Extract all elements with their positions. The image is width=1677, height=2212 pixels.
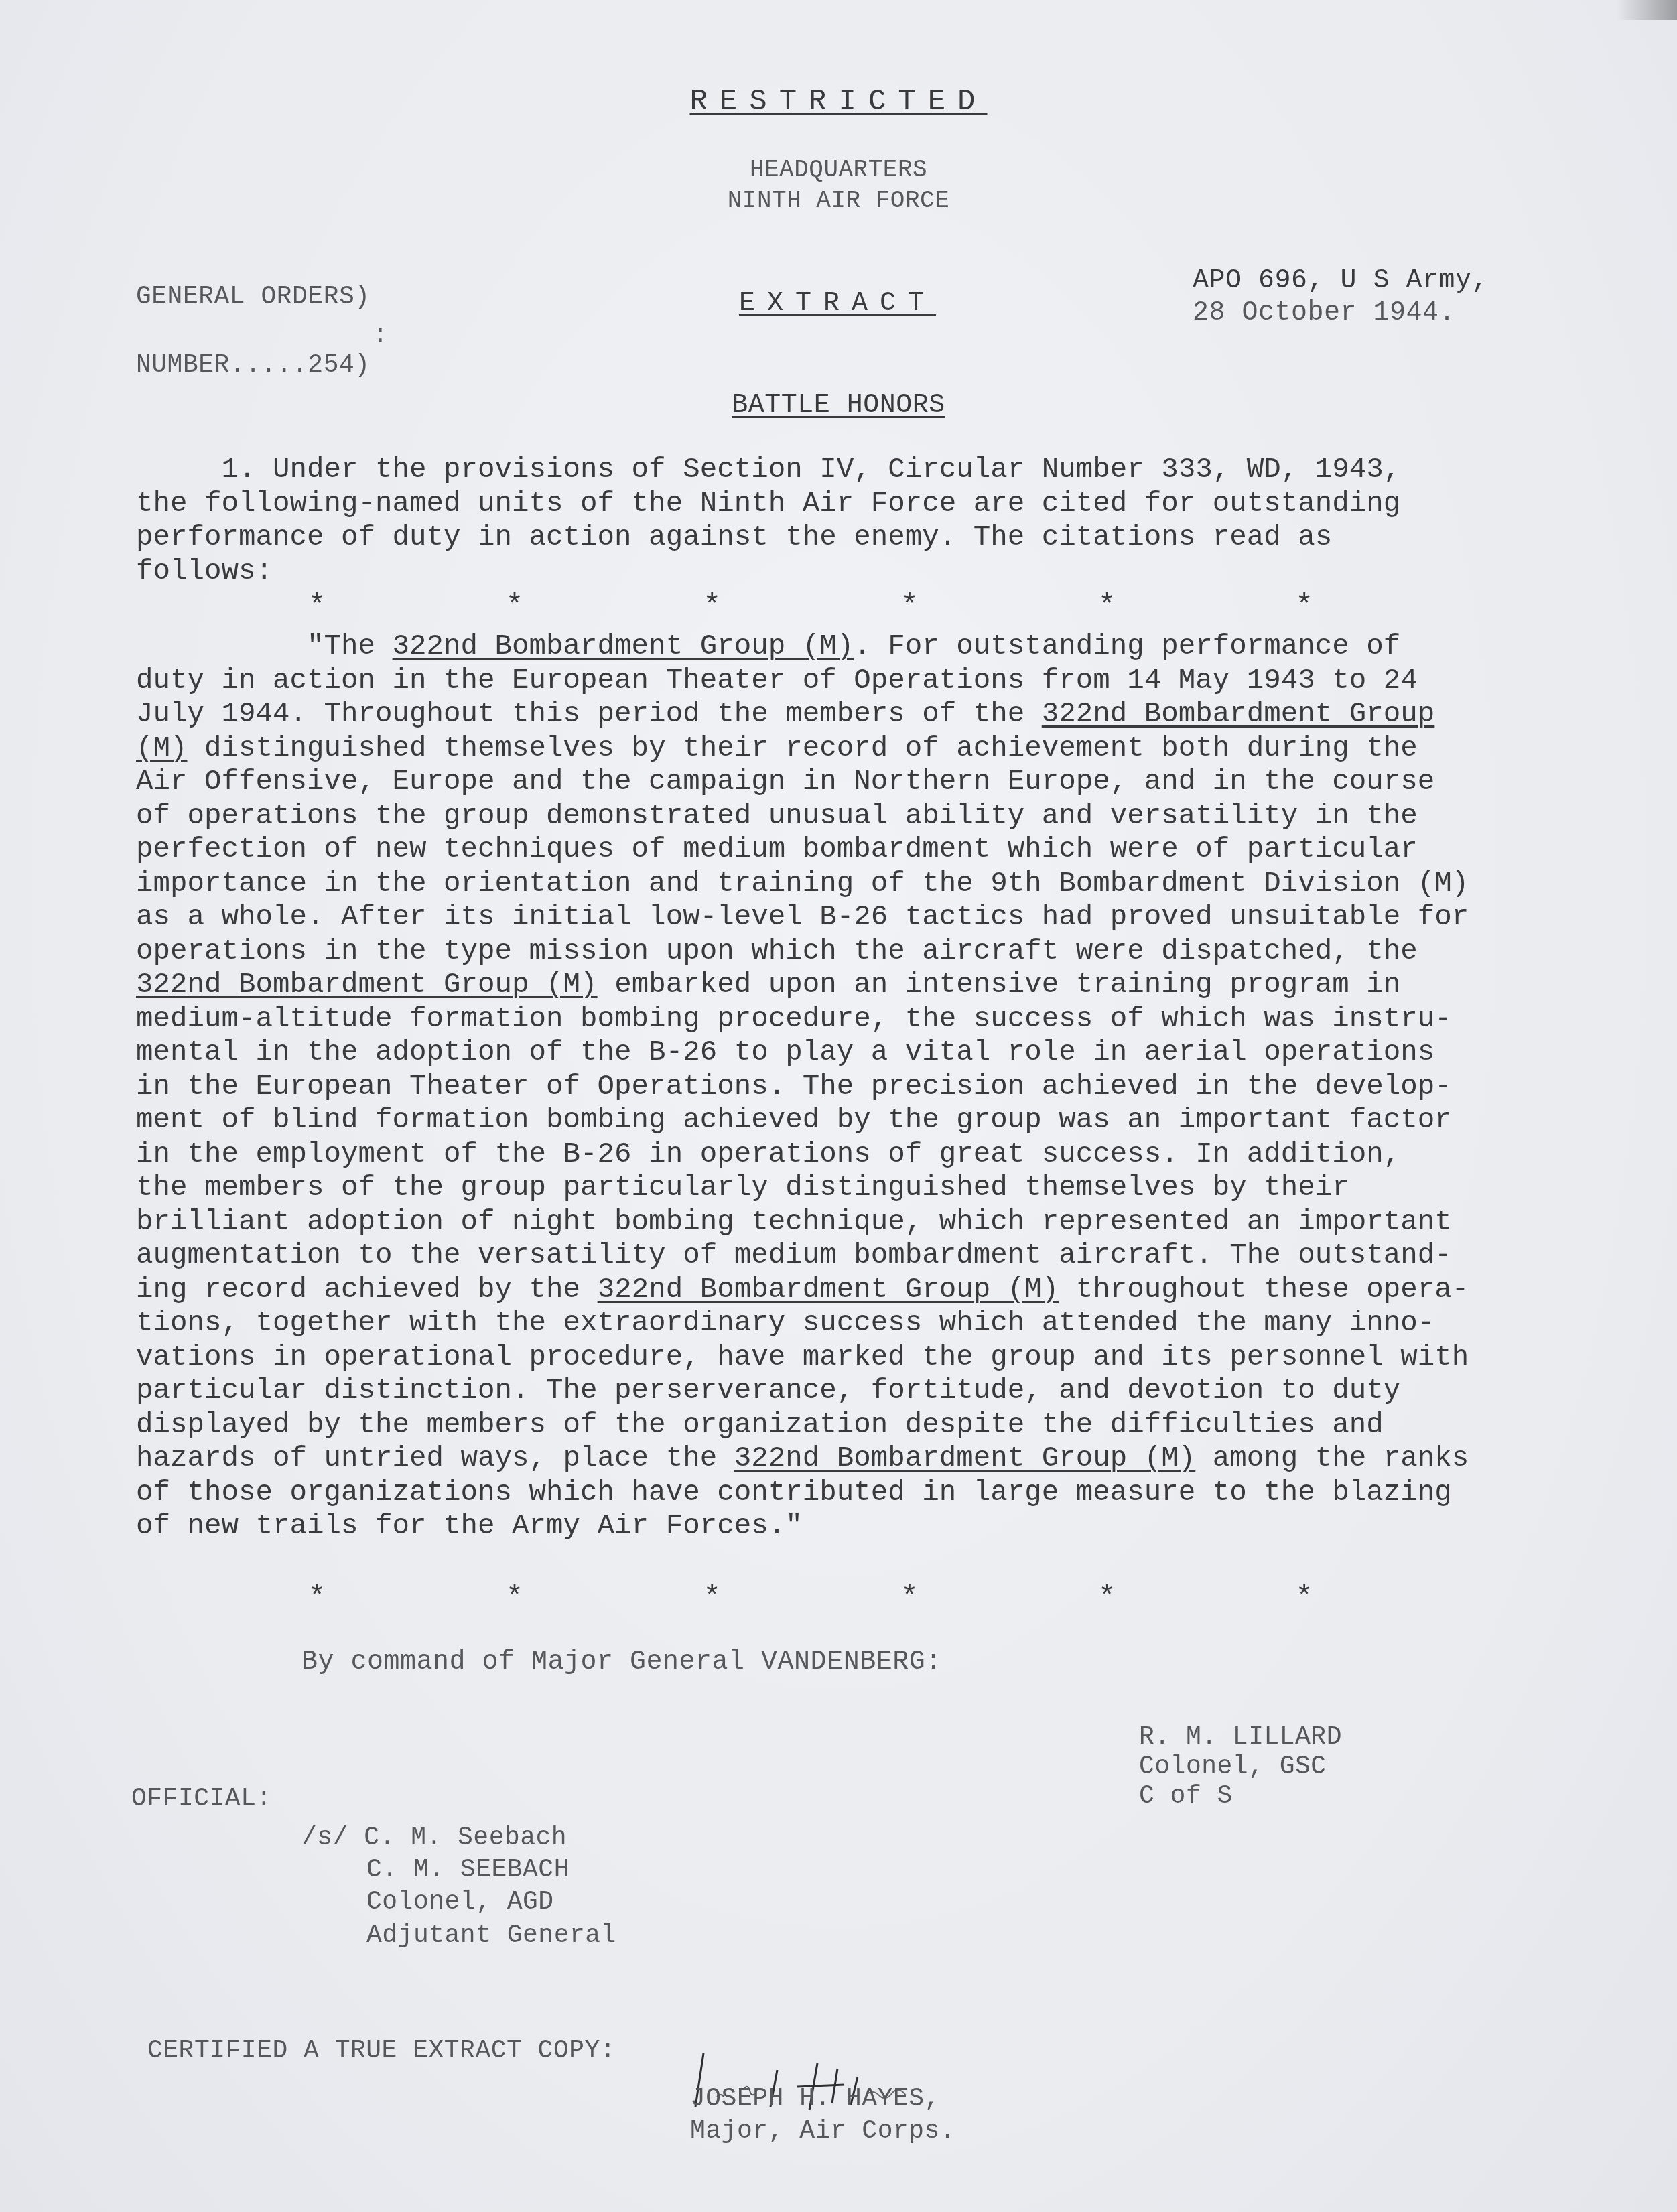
date-line: 28 October 1944. — [1193, 297, 1455, 330]
unit-name-underlined: 322nd Bombardment Group (M) — [598, 1273, 1059, 1306]
citation-line: tions, together with the extraordinary s… — [136, 1306, 1469, 1340]
order-number: NUMBER.....254) — [136, 350, 371, 382]
extract-title: EXTRACT — [670, 288, 1005, 320]
official-signed: /s/ C. M. Seebach — [301, 1822, 567, 1854]
paragraph-line: the following-named units of the Ninth A… — [136, 487, 1469, 521]
classification-marking: RESTRICTED — [0, 86, 1677, 118]
citation-line: medium-altitude formation bombing proced… — [136, 1002, 1469, 1036]
star-mark: * — [1098, 590, 1116, 623]
citation-line: (M) distinguished themselves by their re… — [136, 732, 1469, 766]
citation-line: operations in the type mission upon whic… — [136, 935, 1469, 969]
citation-line: of new trails for the Army Air Forces." — [136, 1509, 1469, 1543]
star-mark: * — [703, 1581, 720, 1614]
citation-line: perfection of new techniques of medium b… — [136, 833, 1469, 867]
star-mark: * — [1296, 1581, 1313, 1614]
general-orders-label: GENERAL ORDERS) — [136, 281, 371, 314]
citation-line: "The 322nd Bombardment Group (M). For ou… — [136, 630, 1469, 664]
certification-label: CERTIFIED A TRUE EXTRACT COPY: — [147, 2035, 616, 2067]
official-name: C. M. SEEBACH — [366, 1854, 569, 1886]
command-line: By command of Major General VANDENBERG: — [301, 1647, 942, 1679]
citation-line: importance in the orientation and traini… — [136, 867, 1469, 901]
star-mark: * — [308, 590, 326, 623]
unit-name-underlined: 322nd Bombardment Group (M) — [734, 1442, 1196, 1474]
location-line: APO 696, U S Army, — [1193, 265, 1488, 297]
citation-line: as a whole. After its initial low-level … — [136, 900, 1469, 935]
certifier-rank: Major, Air Corps. — [690, 2116, 955, 2148]
official-label: OFFICIAL: — [131, 1783, 272, 1815]
unit-name-underlined: 322nd Bombardment Group (M) — [393, 630, 854, 663]
order-colon: : — [373, 320, 388, 352]
citation-line: in the European Theater of Operations. T… — [136, 1070, 1469, 1104]
intro-paragraph: 1. Under the provisions of Section IV, C… — [136, 453, 1469, 588]
headquarters-line: HEADQUARTERS — [0, 155, 1677, 185]
document-page: RESTRICTED HEADQUARTERS NINTH AIR FORCE … — [0, 0, 1677, 2212]
citation-line: mental in the adoption of the B-26 to pl… — [136, 1036, 1469, 1070]
unit-name-underlined: 322nd Bombardment Group — [1042, 698, 1435, 730]
section-title: BATTLE HONORS — [0, 390, 1677, 422]
citation-line: hazards of untried ways, place the 322nd… — [136, 1442, 1469, 1476]
citation-line: the members of the group particularly di… — [136, 1171, 1469, 1205]
citation-line: brilliant adoption of night bombing tech… — [136, 1205, 1469, 1239]
star-mark: * — [900, 1581, 918, 1614]
citation-line: of operations the group demonstrated unu… — [136, 799, 1469, 833]
separator-stars-top: * * * * * * — [308, 590, 1313, 623]
star-mark: * — [1098, 1581, 1116, 1614]
separator-stars-bottom: * * * * * * — [308, 1581, 1313, 1614]
star-mark: * — [1296, 590, 1313, 623]
paragraph-line: 1. Under the provisions of Section IV, C… — [136, 453, 1469, 487]
official-rank: Colonel, AGD — [366, 1886, 554, 1919]
citation-line: vations in operational procedure, have m… — [136, 1340, 1469, 1375]
unit-line: NINTH AIR FORCE — [0, 186, 1677, 216]
star-mark: * — [506, 590, 523, 623]
citation-line: of those organizations which have contri… — [136, 1476, 1469, 1510]
citation-line: duty in action in the European Theater o… — [136, 664, 1469, 698]
citation-line: augmentation to the versatility of mediu… — [136, 1239, 1469, 1273]
star-mark: * — [506, 1581, 523, 1614]
star-mark: * — [900, 590, 918, 623]
paragraph-line: performance of duty in action against th… — [136, 521, 1469, 555]
citation-line: July 1944. Throughout this period the me… — [136, 697, 1469, 732]
certifier-name: JOSEPH H. HAYES, — [690, 2083, 940, 2116]
star-mark: * — [703, 590, 720, 623]
citation-line: ment of blind formation bombing achieved… — [136, 1103, 1469, 1137]
official-title: Adjutant General — [366, 1920, 616, 1952]
paragraph-line: follows: — [136, 555, 1469, 589]
citation-line: Air Offensive, Europe and the campaign i… — [136, 765, 1469, 799]
star-mark: * — [308, 1581, 326, 1614]
citation-line: displayed by the members of the organiza… — [136, 1408, 1469, 1442]
citation-line: in the employment of the B-26 in operati… — [136, 1137, 1469, 1172]
scan-edge-shadow — [1617, 0, 1677, 20]
chief-of-staff-title: C of S — [1139, 1781, 1233, 1813]
chief-of-staff-name: R. M. LILLARD — [1139, 1722, 1342, 1754]
citation-line: ing record achieved by the 322nd Bombard… — [136, 1273, 1469, 1307]
citation-line: particular distinction. The perserveranc… — [136, 1374, 1469, 1408]
unit-name-underlined: (M) — [136, 732, 188, 764]
chief-of-staff-rank: Colonel, GSC — [1139, 1751, 1327, 1783]
citation-paragraph: "The 322nd Bombardment Group (M). For ou… — [136, 630, 1469, 1543]
unit-name-underlined: 322nd Bombardment Group (M) — [136, 969, 598, 1001]
citation-line: 322nd Bombardment Group (M) embarked upo… — [136, 968, 1469, 1002]
